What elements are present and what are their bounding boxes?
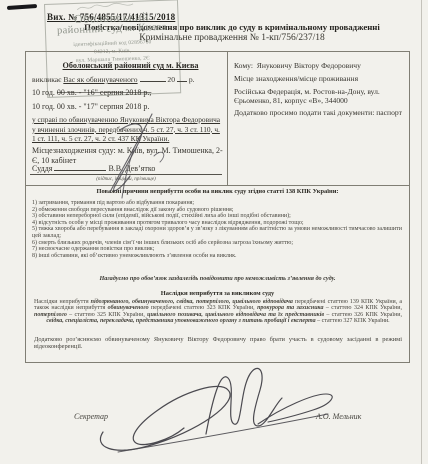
summon-subject: Вас як обвинуваченого <box>63 75 137 84</box>
court-name: Оболонський районний суд м. Києва <box>38 61 223 70</box>
hearing-date-1-struck: 00 хв. - "16" серпня 2018 р., <box>57 88 151 97</box>
text-segment: передбачені статтею 323 КПК України, <box>149 305 258 311</box>
list-item: 3) обставини непереборної сили (епідемії… <box>32 213 404 220</box>
blank-line <box>177 74 187 82</box>
consequences-heading: Наслідки неприбуття за викликом суду <box>30 290 405 297</box>
blank-line <box>140 74 166 82</box>
list-item: 8) інші обставини, які об’єктивно унемож… <box>32 253 404 260</box>
judge-label: Суддя <box>32 164 52 173</box>
hearing-date-1: 10 год. 00 хв. - "16" серпня 2018 р., <box>32 88 151 97</box>
documents-request: Додатково просимо подати такі документи:… <box>234 108 406 117</box>
text-segment: обвинуваченого <box>108 305 149 311</box>
valid-reasons-list: 1) затримання, тримання під вартою або в… <box>32 200 404 259</box>
addressee-address: Російська Федерація, м. Ростов-на-Дону, … <box>234 87 406 105</box>
list-item: 5) тяжка хвороба або перебування в закла… <box>32 226 404 239</box>
text-segment: – статтею 327 КПК України. <box>316 318 390 324</box>
secretary-signature <box>88 362 338 462</box>
scan-page-edge <box>421 0 422 464</box>
summon-tail: р. <box>189 75 195 84</box>
summon-year: 20 <box>167 75 175 84</box>
text-segment: свідка, спеціаліста, перекладача, предст… <box>46 318 315 324</box>
videoconference-note: Додатково роз’яснюємо обвинуваченому Яну… <box>34 336 402 351</box>
text-segment: прокурора та захисника <box>257 305 323 311</box>
column-divider <box>227 52 228 185</box>
summon-line: викликає Вас як обвинуваченого 20 р. <box>32 74 224 84</box>
summons-table: Оболонський районний суд м. Києва виклик… <box>25 51 410 363</box>
scanned-court-summons-document: Вих. № 756/4855/17/41315/2018 Повістка/п… <box>0 0 428 464</box>
summon-prefix: викликає <box>32 75 61 84</box>
scan-mark-dash <box>7 4 37 10</box>
addressee-name: Януковичу Віктору Федоровичу <box>257 61 361 70</box>
text-segment: – статтею 326 КПК України, <box>324 312 402 318</box>
residence-label: Місце знаходження/місце проживання <box>234 74 406 83</box>
notification-reminder: Нагадуємо про обов’язок заздалегідь пові… <box>30 275 405 282</box>
text-segment: – статтею 324 КПК України, <box>323 305 402 311</box>
list-item: 7) несвоєчасне одержання повістки про ви… <box>32 246 404 253</box>
consequences-paragraph: Наслідки неприбуття підозрюваного, обвин… <box>34 299 402 324</box>
list-item: 1) затримання, тримання під вартою або в… <box>32 200 404 207</box>
text-segment: – статтею 325 КПК України, <box>67 312 147 318</box>
judge-signature <box>82 108 187 200</box>
addressee-line: Кому: Януковичу Віктору Федоровичу <box>234 61 406 70</box>
addressee-label: Кому: <box>234 61 253 70</box>
text-segment: потерпілого <box>34 312 67 318</box>
hearing-date-1-prefix: 10 год. <box>32 88 57 97</box>
text-segment: цивільного позивача, цивільного відповід… <box>147 312 324 318</box>
